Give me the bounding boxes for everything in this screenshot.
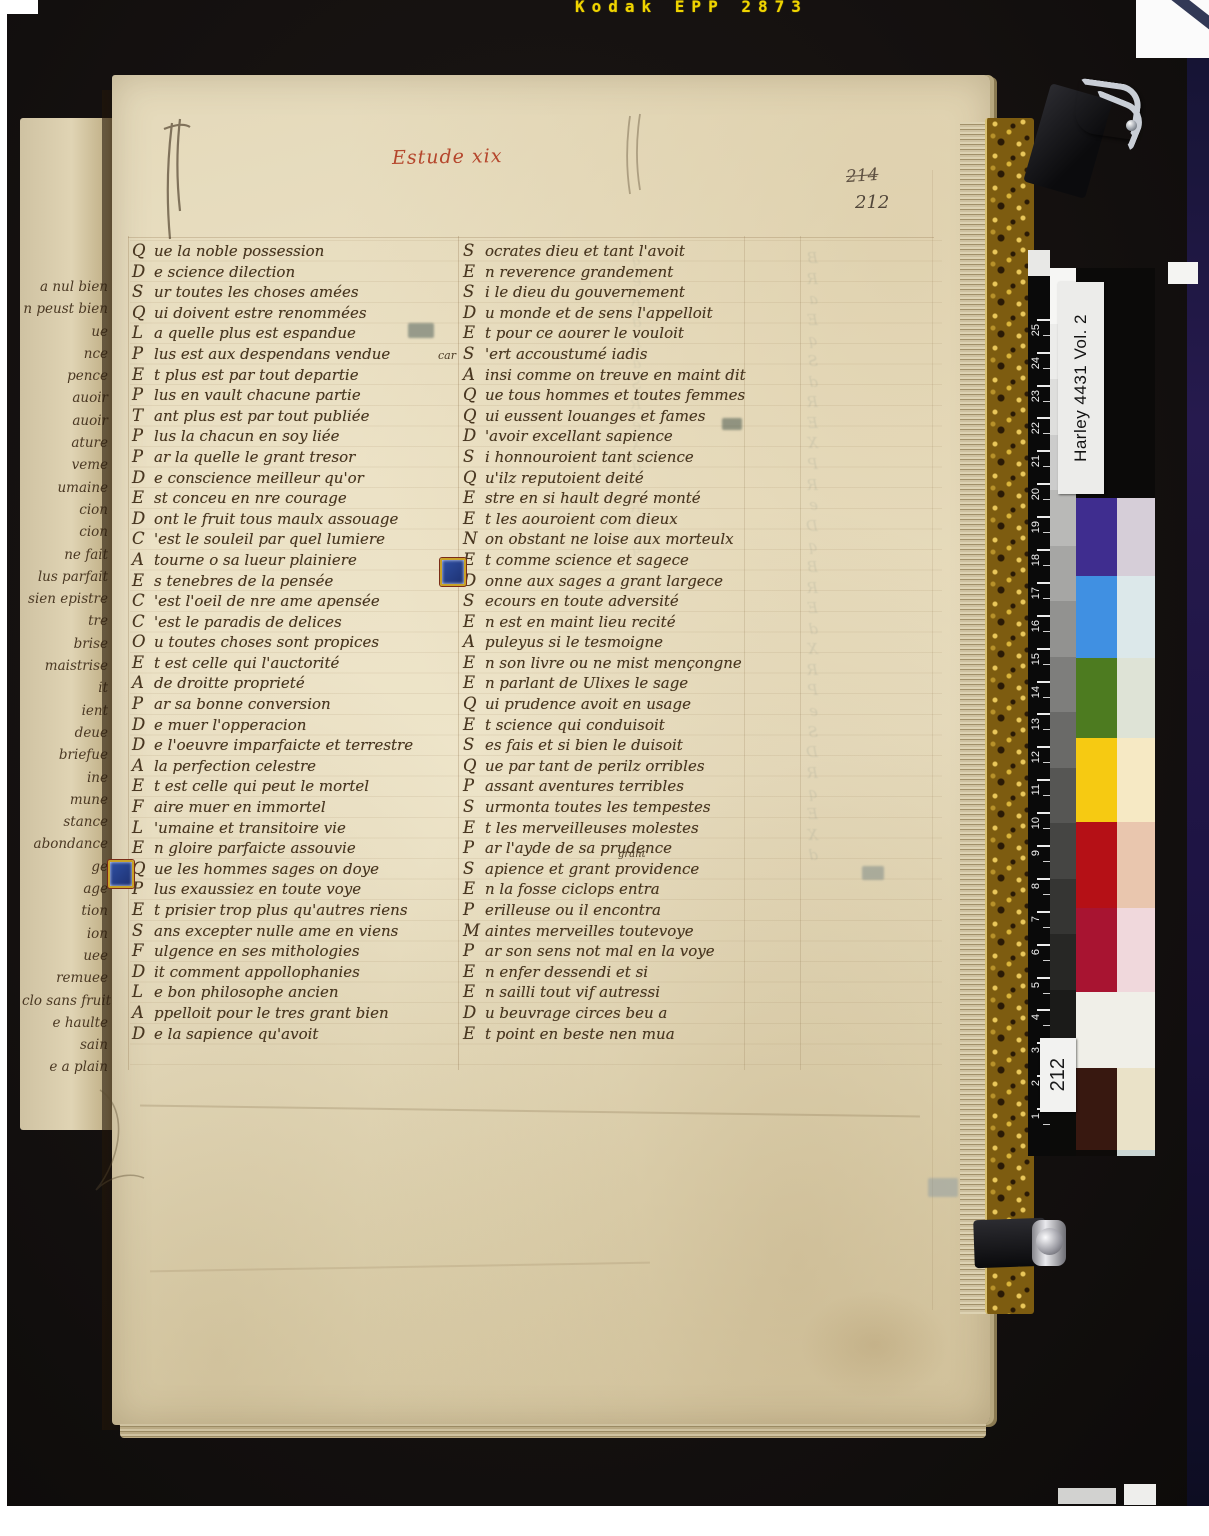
line-text: t les aouroient com dieux — [485, 509, 678, 530]
line-text: assant aventures terribles — [485, 776, 684, 797]
line-initial: D — [132, 715, 154, 736]
line-initial: E — [463, 653, 485, 674]
verse-line: De conscience meilleur qu'or — [132, 468, 462, 489]
verse-line: Non obstant ne loise aux morteulx — [463, 529, 808, 550]
ruler-half-tick — [1043, 565, 1050, 566]
facing-fragment-line: umaine — [22, 477, 108, 499]
line-text: i le dieu du gouvernement — [485, 282, 685, 303]
verse-line: Que les hommes sages on doye — [132, 859, 462, 880]
verse-line: C'est l'oeil de nre ame apensée — [132, 591, 462, 612]
color-patch-row — [1076, 992, 1155, 1068]
line-text: e muer l'opperacion — [154, 715, 306, 736]
line-initial: E — [132, 488, 154, 509]
facing-fragment-line: abondance — [22, 833, 108, 855]
verse-line: Du monde et de sens l'appelloit — [463, 303, 808, 324]
line-text: t prisier trop plus qu'autres riens — [154, 900, 408, 921]
color-patch-saturated — [1076, 908, 1117, 992]
line-text: n sailli tout vif autressi — [485, 982, 660, 1003]
line-text: ue la noble possession — [154, 241, 324, 262]
line-text: n son livre ou ne mist mençongne — [485, 653, 742, 674]
ruler-unit: 15 — [1028, 649, 1050, 682]
line-initial: D — [463, 571, 485, 592]
ruler-number: 23 — [1030, 390, 1042, 402]
line-initial: F — [132, 797, 154, 818]
line-text: on obstant ne loise aux morteulx — [485, 529, 734, 550]
facing-fragment-line: remuee — [22, 967, 108, 989]
line-initial: O — [132, 632, 154, 653]
grayscale-step — [1050, 879, 1076, 935]
verse-line: Surmonta toutes les tempestes — [463, 797, 808, 818]
line-initial: D — [463, 426, 485, 447]
line-initial: S — [463, 859, 485, 880]
verse-line: Que la noble possession — [132, 241, 462, 262]
color-patch-row — [1076, 908, 1155, 992]
line-text: n enfer dessendi et si — [485, 962, 648, 983]
marginal-catchword: car — [438, 349, 456, 362]
line-text: t est celle qui l'auctorité — [154, 653, 339, 674]
line-initial: A — [132, 550, 154, 571]
line-initial: A — [132, 756, 154, 777]
verse-line: Et plus est par tout departie — [132, 365, 462, 386]
line-text: ulgence en ses mithologies — [154, 941, 360, 962]
facing-fragment-line: ion — [22, 923, 108, 945]
ruler-unit: 22 — [1028, 418, 1050, 451]
line-initial: P — [463, 941, 485, 962]
verse-line: Passant aventures terribles — [463, 776, 808, 797]
verse-line: Du beuvrage circes beu a — [463, 1003, 808, 1024]
line-initial: E — [463, 509, 485, 530]
line-initial: P — [132, 447, 154, 468]
verse-line: Et comme science et sagece — [463, 550, 808, 571]
line-text: a quelle plus est espandue — [154, 323, 356, 344]
color-patch-tint — [1117, 822, 1155, 908]
line-initial: C — [132, 529, 154, 550]
verse-line: S'ert accoustumé iadis — [463, 344, 808, 365]
line-initial: D — [132, 262, 154, 283]
line-initial: S — [463, 344, 485, 365]
line-initial: E — [463, 323, 485, 344]
line-text: n reverence grandement — [485, 262, 673, 283]
ruler-number: 24 — [1030, 357, 1042, 369]
illuminated-initial — [108, 860, 134, 888]
verse-line: Et prisier trop plus qu'autres riens — [132, 900, 462, 921]
ruler-half-tick — [1043, 729, 1050, 730]
line-text: u toutes choses sont propices — [154, 632, 379, 653]
verse-line: Que tous hommes et toutes femmes — [463, 385, 808, 406]
verse-line: Sur toutes les choses amées — [132, 282, 462, 303]
line-initial: Q — [463, 385, 485, 406]
verse-line: En reverence grandement — [463, 262, 808, 283]
color-patch-tint — [1117, 1068, 1155, 1150]
line-text: u beuvrage circes beu a — [485, 1003, 667, 1024]
verse-line: Atourne o sa lueur plainiere — [132, 550, 462, 571]
ruler-half-tick — [1043, 762, 1050, 763]
ruler-number: 11 — [1030, 784, 1042, 795]
text-column-left: Que la noble possession De science dilec… — [132, 241, 462, 1044]
ruler-unit: 7 — [1028, 912, 1050, 945]
verse-line: Par sa bonne conversion — [132, 694, 462, 715]
line-text: ar sa bonne conversion — [154, 694, 331, 715]
ruler-number: 10 — [1030, 817, 1042, 829]
line-text: ue les hommes sages on doye — [154, 859, 379, 880]
facing-fragment-line: uee — [22, 945, 108, 967]
line-initial: P — [463, 776, 485, 797]
verse-line: En enfer dessendi et si — [463, 962, 808, 983]
line-initial: E — [463, 262, 485, 283]
line-text: t point en beste nen mua — [485, 1024, 675, 1045]
ruler-unit: 17 — [1028, 583, 1050, 616]
folio-tag-label: 212 — [1040, 1038, 1076, 1112]
facing-fragment-line: n peust bien — [22, 298, 108, 320]
line-initial: P — [463, 900, 485, 921]
facing-fragment-line: auoir — [22, 410, 108, 432]
line-initial: A — [463, 365, 485, 386]
frame-notch — [1168, 262, 1198, 284]
color-patch-row — [1076, 822, 1155, 908]
facing-fragment-line: ge — [22, 856, 108, 878]
ruler-half-tick — [1043, 631, 1050, 632]
line-initial: Q — [132, 303, 154, 324]
parchment-stain — [800, 1290, 950, 1400]
line-text: de droitte proprieté — [154, 673, 305, 694]
color-patch-saturated — [1076, 992, 1117, 1068]
line-initial: E — [463, 879, 485, 900]
verse-line: Ainsi comme on treuve en maint dit — [463, 365, 808, 386]
ruler-number: 9 — [1030, 850, 1042, 856]
facing-fragment-line: sien epistre — [22, 588, 108, 610]
line-initial: Q — [463, 468, 485, 489]
ruler-half-tick — [1043, 894, 1050, 895]
line-text: t est celle qui peut le mortel — [154, 776, 369, 797]
ruler-number: 13 — [1030, 718, 1042, 730]
verse-line: Secours en toute adversité — [463, 591, 808, 612]
line-initial: E — [463, 715, 485, 736]
line-initial: D — [463, 1003, 485, 1024]
line-text: aire muer en immortel — [154, 797, 326, 818]
folio-number-crossed: 214 — [845, 165, 879, 187]
verse-line: Par son sens not mal en la voye — [463, 941, 808, 962]
ruler-number: 15 — [1030, 653, 1042, 665]
line-initial: N — [463, 529, 485, 550]
line-initial: S — [132, 921, 154, 942]
line-initial: A — [132, 1003, 154, 1024]
verse-line: Ala perfection celestre — [132, 756, 462, 777]
verse-line: Dont le fruit tous maulx assouage — [132, 509, 462, 530]
verse-line: Si le dieu du gouvernement — [463, 282, 808, 303]
ruler-end-cap — [1028, 250, 1050, 276]
line-initial: Q — [132, 241, 154, 262]
manuscript-photograph: Kodak EPP 2873 a nul bienn peust bienuen… — [0, 0, 1209, 1536]
line-text: ue tous hommes et toutes femmes — [485, 385, 745, 406]
line-text: onne aux sages a grant largece — [485, 571, 723, 592]
ruler-number: 12 — [1030, 751, 1042, 763]
line-initial: S — [463, 241, 485, 262]
line-initial: E — [132, 653, 154, 674]
clip-cap — [1036, 1228, 1063, 1255]
ruler-half-tick — [1043, 664, 1050, 665]
facing-fragment-line: it — [22, 677, 108, 699]
rubric-heading: Estude xix — [392, 145, 503, 169]
ruler-unit: 1 — [1028, 1109, 1050, 1142]
facing-fragment-line: sain — [22, 1034, 108, 1056]
ruler-number: 19 — [1030, 521, 1042, 533]
line-initial: T — [132, 406, 154, 427]
verse-line: En la fosse ciclops entra — [463, 879, 808, 900]
facing-page-edge: a nul bienn peust bienuencepenceauoirauo… — [20, 118, 114, 1130]
verse-line: Et les aouroient com dieux — [463, 509, 808, 530]
color-patch-row — [1076, 498, 1155, 576]
color-patch-row — [1076, 1068, 1155, 1150]
gilt-gauffered-edge — [985, 118, 1034, 1314]
line-text: u'ilz reputoient deité — [485, 468, 644, 489]
ruler-unit: 24 — [1028, 353, 1050, 386]
ruler-half-tick — [1043, 335, 1050, 336]
line-initial: P — [132, 694, 154, 715]
ruler-number: 18 — [1030, 554, 1042, 566]
facing-fragment-line: ue — [22, 321, 108, 343]
line-initial: D — [463, 303, 485, 324]
facing-fragment-line: e a plain — [22, 1056, 108, 1078]
facing-fragment-line: stance — [22, 811, 108, 833]
ruler-half-tick — [1043, 927, 1050, 928]
line-text: t plus est par tout departie — [154, 365, 359, 386]
ruling-vertical — [128, 236, 129, 1070]
line-text: e conscience meilleur qu'or — [154, 468, 364, 489]
line-text: ocrates dieu et tant l'avoit — [485, 241, 685, 262]
color-patch-saturated — [1076, 1068, 1117, 1150]
line-text: u monde et de sens l'appelloit — [485, 303, 713, 324]
verse-line: Par la quelle le grant tresor — [132, 447, 462, 468]
facing-fragment-line: briefue — [22, 744, 108, 766]
verse-line: Qui eussent louanges et fames — [463, 406, 808, 427]
line-text: n parlant de Ulixes le sage — [485, 673, 688, 694]
shelfmark-label: Harley 4431 Vol. 2 — [1058, 282, 1104, 494]
facing-fragment-line: auoir — [22, 387, 108, 409]
ruler-unit: 18 — [1028, 550, 1050, 583]
ruler-unit: 9 — [1028, 846, 1050, 879]
verse-line: De l'oeuvre imparfaicte et terrestre — [132, 735, 462, 756]
color-patch-tint — [1117, 658, 1155, 738]
verse-line: Ade droitte proprieté — [132, 673, 462, 694]
film-strip-label: Kodak EPP 2873 — [575, 0, 808, 16]
color-patch-row — [1076, 738, 1155, 822]
facing-fragment-line: nce — [22, 343, 108, 365]
color-patch-row — [1076, 1150, 1155, 1156]
line-text: ar la quelle le grant tresor — [154, 447, 355, 468]
line-text: ur toutes les choses amées — [154, 282, 359, 303]
color-patch-saturated — [1076, 1150, 1117, 1156]
line-text: t comme science et sagece — [485, 550, 689, 571]
color-calibration-bar: 1 2 3 4 — [1028, 268, 1155, 1156]
line-initial: C — [132, 612, 154, 633]
line-text: lus en vault chacune partie — [154, 385, 361, 406]
facing-fragment-line: ature — [22, 432, 108, 454]
ruler-tick — [1037, 319, 1050, 321]
verse-line: C'est le souleil par quel lumiere — [132, 529, 462, 550]
facing-fragment-line: ine — [22, 767, 108, 789]
line-text: erilleuse ou il encontra — [485, 900, 661, 921]
line-initial: D — [132, 1024, 154, 1045]
facing-fragment-line: a nul bien — [22, 276, 108, 298]
line-initial: D — [132, 509, 154, 530]
line-text: ont le fruit tous maulx assouage — [154, 509, 398, 530]
line-initial: L — [132, 818, 154, 839]
ruler-half-tick — [1043, 828, 1050, 829]
ruler-unit: 10 — [1028, 813, 1050, 846]
ruler-number: 16 — [1030, 620, 1042, 632]
clip-hinge — [1126, 120, 1137, 131]
page-stack-bottom-edge — [120, 1424, 986, 1438]
verse-line: Apuleyus si le tesmoigne — [463, 632, 808, 653]
ruler-unit: 21 — [1028, 451, 1050, 484]
ruler-unit: 14 — [1028, 682, 1050, 715]
ruler-half-tick — [1043, 499, 1050, 500]
verse-line: Faire muer en immortel — [132, 797, 462, 818]
line-text: e bon philosophe ancien — [154, 982, 339, 1003]
verse-line: Ses fais et si bien le duisoit — [463, 735, 808, 756]
verse-line: Est conceu en nre courage — [132, 488, 462, 509]
verse-line: Le bon philosophe ancien — [132, 982, 462, 1003]
line-text: e science dilection — [154, 262, 295, 283]
line-text: 'umaine et transitoire vie — [154, 818, 346, 839]
facing-fragment-line: tion — [22, 900, 108, 922]
calibration-ruler: 1 2 3 4 — [1028, 268, 1050, 1156]
line-text: t pour ce aourer le vouloit — [485, 323, 684, 344]
line-text: t les merveilleuses molestes — [485, 818, 699, 839]
line-initial: S — [463, 797, 485, 818]
line-initial: E — [132, 900, 154, 921]
grayscale-step — [1050, 768, 1076, 824]
verse-line: Et est celle qui peut le mortel — [132, 776, 462, 797]
ruler-number: 25 — [1030, 324, 1042, 336]
line-initial: L — [132, 982, 154, 1003]
verse-line: De science dilection — [132, 262, 462, 283]
facing-fragment-line: cion — [22, 499, 108, 521]
facing-fragment-line: ient — [22, 700, 108, 722]
line-text: urmonta toutes les tempestes — [485, 797, 711, 818]
frame-edge-left — [0, 0, 7, 1536]
verse-line: De muer l'opperacion — [132, 715, 462, 736]
verse-line: Maintes merveilles toutevoye — [463, 921, 808, 942]
line-initial: E — [463, 982, 485, 1003]
verse-line: Qui doivent estre renommées — [132, 303, 462, 324]
ruler-number: 4 — [1030, 1014, 1042, 1020]
verse-line: Et point en beste nen mua — [463, 1024, 808, 1045]
line-initial: E — [463, 488, 485, 509]
line-initial: P — [132, 426, 154, 447]
line-text: stre en si hault degré monté — [485, 488, 701, 509]
line-initial: P — [463, 838, 485, 859]
verse-line: Estre en si hault degré monté — [463, 488, 808, 509]
line-initial: E — [463, 962, 485, 983]
line-initial: E — [132, 776, 154, 797]
color-patch-saturated — [1076, 498, 1117, 576]
film-edge-band — [1187, 0, 1209, 1506]
grayscale-step — [1050, 823, 1076, 879]
folio-number: 212 — [855, 192, 889, 213]
verse-line: Que par tant de perilz orribles — [463, 756, 808, 777]
facing-fragment-line: pence — [22, 365, 108, 387]
color-patch-tint — [1117, 908, 1155, 992]
verse-line: Plus exaussiez en toute voye — [132, 879, 462, 900]
color-patch-saturated — [1076, 822, 1117, 908]
line-initial: E — [463, 612, 485, 633]
line-initial: S — [463, 591, 485, 612]
ruler-half-tick — [1043, 598, 1050, 599]
verse-line: Plus en vault chacune partie — [132, 385, 462, 406]
verse-line: Donne aux sages a grant largece — [463, 571, 808, 592]
verse-line: En gloire parfaicte assouvie — [132, 838, 462, 859]
grayscale-step — [1050, 990, 1076, 1046]
line-initial: P — [132, 385, 154, 406]
line-initial: A — [463, 632, 485, 653]
verse-line: Qui prudence avoit en usage — [463, 694, 808, 715]
facing-page-text-fragments: a nul bienn peust bienuencepenceauoirauo… — [22, 276, 108, 1079]
line-text: lus la chacun en soy liée — [154, 426, 340, 447]
ruler-unit: 23 — [1028, 386, 1050, 419]
verse-line: De la sapience qu'avoit — [132, 1024, 462, 1045]
color-patch-row — [1076, 576, 1155, 658]
ruler-unit: 19 — [1028, 517, 1050, 550]
frame-corner — [0, 0, 38, 14]
facing-fragment-line: mune — [22, 789, 108, 811]
facing-fragment-line: maistrise — [22, 655, 108, 677]
ruler-number: 17 — [1030, 587, 1042, 599]
color-patch-saturated — [1076, 658, 1117, 738]
ruler-number: 5 — [1030, 982, 1042, 988]
line-initial: D — [132, 735, 154, 756]
line-text: s tenebres de la pensée — [154, 571, 333, 592]
line-text: 'ert accoustumé iadis — [485, 344, 648, 365]
verse-line: L'umaine et transitoire vie — [132, 818, 462, 839]
line-initial: S — [132, 282, 154, 303]
line-text: i honnouroient tant science — [485, 447, 694, 468]
facing-fragment-line: tre — [22, 610, 108, 632]
line-text: apience et grant providence — [485, 859, 699, 880]
ruler-half-tick — [1043, 401, 1050, 402]
line-text: ant plus est par tout publiée — [154, 406, 370, 427]
line-initial: E — [463, 673, 485, 694]
line-text: ue par tant de perilz orribles — [485, 756, 705, 777]
ink-smudge — [928, 1178, 958, 1197]
verse-line: Es tenebres de la pensée — [132, 571, 462, 592]
color-patch-saturated — [1076, 576, 1117, 658]
line-initial: Q — [463, 694, 485, 715]
ink-smudge — [862, 866, 884, 880]
line-initial: E — [463, 818, 485, 839]
color-patch-tint — [1117, 1150, 1155, 1156]
line-text: ecours en toute adversité — [485, 591, 679, 612]
line-initial: E — [463, 550, 485, 571]
ruler-unit: 16 — [1028, 616, 1050, 649]
line-text: st conceu en nre courage — [154, 488, 347, 509]
verse-line: En parlant de Ulixes le sage — [463, 673, 808, 694]
line-text: it comment appollophanies — [154, 962, 360, 983]
ruler-half-tick — [1043, 532, 1050, 533]
verse-line: Sapience et grant providence — [463, 859, 808, 880]
line-text: ui doivent estre renommées — [154, 303, 367, 324]
line-text: es fais et si bien le duisoit — [485, 735, 683, 756]
line-initial: S — [463, 282, 485, 303]
verse-line: Et pour ce aourer le vouloit — [463, 323, 808, 344]
line-initial: F — [132, 941, 154, 962]
film-frame-mark — [1058, 1488, 1116, 1504]
line-text: e la sapience qu'avoit — [154, 1024, 318, 1045]
ruling-vertical — [932, 170, 933, 1310]
ruler-half-tick — [1043, 993, 1050, 994]
ruler-half-tick — [1043, 861, 1050, 862]
ruler-number: 7 — [1030, 916, 1042, 922]
